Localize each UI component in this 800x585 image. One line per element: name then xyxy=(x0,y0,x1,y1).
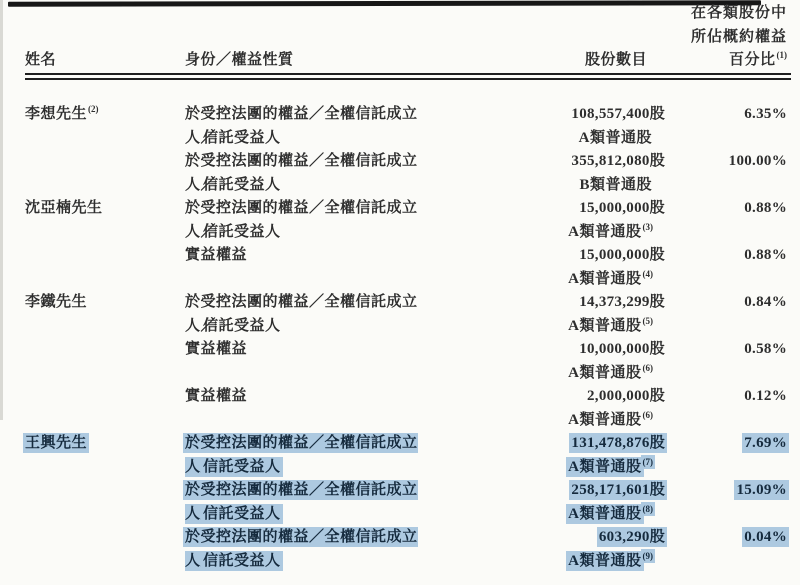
scanned-document-page: 姓名 身份／權益性質 股份數目 在各類股份中 所佔概約權益 百分比(1) 李想先… xyxy=(0,0,800,585)
shares-value: 355,812,080股 xyxy=(571,153,665,169)
percent-value: 0.04% xyxy=(744,529,787,545)
shares-cell: 603,290股 A類普通股(9) xyxy=(430,526,665,573)
header-capacity-label: 身份／權益性質 xyxy=(185,52,294,68)
percent-cell: 0.12% xyxy=(665,385,787,432)
name-cell: 李想先生(2) xyxy=(0,103,185,150)
footnote-ref: (7) xyxy=(643,457,654,467)
table-row: 李鐵先生 於受控法團的權益／全權信託成立人／ 信託受益人 14,373,299股… xyxy=(0,291,787,338)
footnote-ref: (5) xyxy=(643,316,654,326)
capacity-cell: 於受控法團的權益／全權信託成立人／ 信託受益人 xyxy=(185,197,430,244)
footnote-ref-1: (1) xyxy=(777,50,788,60)
shares-value: 15,000,000股 xyxy=(579,247,665,263)
shares-value: 14,373,299股 xyxy=(579,294,665,310)
share-class: A類普通股 xyxy=(568,318,641,334)
footnote-ref: (6) xyxy=(643,410,654,420)
share-class: A類普通股 xyxy=(568,459,641,475)
name-cell xyxy=(0,479,185,526)
shares-value: 2,000,000股 xyxy=(587,388,665,404)
percent-value: 15.09% xyxy=(736,482,787,498)
capacity-cell: 於受控法團的權益／全權信託成立人／ 信託受益人 xyxy=(185,432,430,479)
shares-cell: 15,000,000股 A類普通股(4) xyxy=(430,244,665,291)
name-cell: 李鐵先生 xyxy=(0,291,185,338)
capacity-cell: 實益權益 xyxy=(185,385,430,432)
percent-value: 7.69% xyxy=(744,435,787,451)
person-name: 李想先生 xyxy=(25,106,87,122)
footnote-ref: (9) xyxy=(643,551,654,561)
shares-cell: 2,000,000股 A類普通股(6) xyxy=(430,385,665,432)
footnote-ref: (8) xyxy=(643,504,654,514)
share-class: A類普通股 xyxy=(568,553,641,569)
header-percentage-line3: 百分比(1) xyxy=(665,49,787,73)
share-class: A類普通股 xyxy=(568,506,641,522)
percent-value: 0.88% xyxy=(744,200,787,216)
shares-value: 108,557,400股 xyxy=(571,106,665,122)
shares-cell: 131,478,876股 A類普通股(7) xyxy=(430,432,665,479)
share-class: A類普通股 xyxy=(568,365,641,381)
capacity-cell: 實益權益 xyxy=(185,338,430,385)
table-row: 實益權益 15,000,000股 A類普通股(4) 0.88% xyxy=(0,244,787,291)
footnote-ref: (2) xyxy=(88,104,99,114)
capacity-line1: 實益權益 xyxy=(185,341,247,357)
person-name: 沈亞楠先生 xyxy=(25,200,103,216)
table-row: 王興先生 於受控法團的權益／全權信託成立人／ 信託受益人 131,478,876… xyxy=(0,432,787,479)
share-class: A類普通股 xyxy=(568,224,641,240)
header-double-rule xyxy=(25,73,791,80)
capacity-line2: 信託受益人 xyxy=(203,130,281,146)
capacity-line2: 信託受益人 xyxy=(203,318,281,334)
shares-cell: 355,812,080股 B類普通股 xyxy=(430,150,665,197)
shares-value: 131,478,876股 xyxy=(571,435,665,451)
capacity-line2: 信託受益人 xyxy=(203,177,281,193)
capacity-line1: 實益權益 xyxy=(185,247,247,263)
capacity-cell: 於受控法團的權益／全權信託成立人／ 信託受益人 xyxy=(185,479,430,526)
capacity-cell: 於受控法團的權益／全權信託成立人／ 信託受益人 xyxy=(185,103,430,150)
table-row: 實益權益 10,000,000股 A類普通股(6) 0.58% xyxy=(0,338,787,385)
share-class: B類普通股 xyxy=(579,177,652,193)
percent-cell: 7.69% xyxy=(665,432,787,479)
header-name-label: 姓名 xyxy=(25,52,56,68)
percent-value: 0.88% xyxy=(744,247,787,263)
header-shares-column: 股份數目 xyxy=(430,49,665,73)
footnote-ref: (3) xyxy=(643,222,654,232)
shares-cell: 258,171,601股 A類普通股(8) xyxy=(430,479,665,526)
share-class: A類普通股 xyxy=(579,130,652,146)
percent-value: 100.00% xyxy=(729,153,787,169)
percent-value: 0.84% xyxy=(744,294,787,310)
shares-cell: 14,373,299股 A類普通股(5) xyxy=(430,291,665,338)
shares-value: 10,000,000股 xyxy=(579,341,665,357)
header-percentage-label: 百分比 xyxy=(729,52,776,68)
table-header: 姓名 身份／權益性質 股份數目 在各類股份中 所佔概約權益 百分比(1) xyxy=(0,2,787,73)
percent-cell: 100.00% xyxy=(665,150,787,197)
name-cell xyxy=(0,338,185,385)
person-name: 王興先生 xyxy=(25,435,87,451)
share-class: A類普通股 xyxy=(568,271,641,287)
capacity-line2: 信託受益人 xyxy=(203,459,281,475)
header-percentage-line1: 在各類股份中 xyxy=(665,2,787,26)
percent-cell: 0.04% xyxy=(665,526,787,573)
capacity-line2: 信託受益人 xyxy=(203,506,281,522)
name-cell: 沈亞楠先生 xyxy=(0,197,185,244)
table-row: 於受控法團的權益／全權信託成立人／ 信託受益人 355,812,080股 B類普… xyxy=(0,150,787,197)
footnote-ref: (4) xyxy=(643,269,654,279)
percent-cell: 0.84% xyxy=(665,291,787,338)
percent-cell: 0.58% xyxy=(665,338,787,385)
share-class: A類普通股 xyxy=(568,412,641,428)
capacity-cell: 實益權益 xyxy=(185,244,430,291)
capacity-line2: 信託受益人 xyxy=(203,224,281,240)
header-percentage-column: 在各類股份中 所佔概約權益 百分比(1) xyxy=(665,2,787,73)
capacity-cell: 於受控法團的權益／全權信託成立人／ 信託受益人 xyxy=(185,291,430,338)
name-cell xyxy=(0,385,185,432)
percent-value: 0.12% xyxy=(744,388,787,404)
capacity-line2: 信託受益人 xyxy=(203,553,281,569)
shares-cell: 10,000,000股 A類普通股(6) xyxy=(430,338,665,385)
header-shares-label: 股份數目 xyxy=(585,52,647,68)
table-body: 李想先生(2) 於受控法團的權益／全權信託成立人／ 信託受益人 108,557,… xyxy=(0,103,787,573)
person-name: 李鐵先生 xyxy=(25,294,87,310)
footnote-ref: (6) xyxy=(643,363,654,373)
percent-cell: 6.35% xyxy=(665,103,787,150)
name-cell xyxy=(0,526,185,573)
percent-value: 0.58% xyxy=(744,341,787,357)
shares-value: 15,000,000股 xyxy=(579,200,665,216)
header-capacity-column: 身份／權益性質 xyxy=(185,49,430,73)
name-cell xyxy=(0,244,185,291)
capacity-cell: 於受控法團的權益／全權信託成立人／ 信託受益人 xyxy=(185,526,430,573)
shares-cell: 15,000,000股 A類普通股(3) xyxy=(430,197,665,244)
capacity-cell: 於受控法團的權益／全權信託成立人／ 信託受益人 xyxy=(185,150,430,197)
capacity-line1: 實益權益 xyxy=(185,388,247,404)
name-cell xyxy=(0,150,185,197)
table-row: 李想先生(2) 於受控法團的權益／全權信託成立人／ 信託受益人 108,557,… xyxy=(0,103,787,150)
header-name-column: 姓名 xyxy=(0,49,185,73)
name-cell: 王興先生 xyxy=(0,432,185,479)
percent-cell: 15.09% xyxy=(665,479,787,526)
shares-cell: 108,557,400股 A類普通股 xyxy=(430,103,665,150)
percent-value: 6.35% xyxy=(744,106,787,122)
shares-value: 258,171,601股 xyxy=(571,482,665,498)
header-percentage-line2: 所佔概約權益 xyxy=(665,26,787,50)
table-row: 沈亞楠先生 於受控法團的權益／全權信託成立人／ 信託受益人 15,000,000… xyxy=(0,197,787,244)
percent-cell: 0.88% xyxy=(665,197,787,244)
table-row: 於受控法團的權益／全權信託成立人／ 信託受益人 258,171,601股 A類普… xyxy=(0,479,787,526)
percent-cell: 0.88% xyxy=(665,244,787,291)
table-row: 實益權益 2,000,000股 A類普通股(6) 0.12% xyxy=(0,385,787,432)
table-row: 於受控法團的權益／全權信託成立人／ 信託受益人 603,290股 A類普通股(9… xyxy=(0,526,787,573)
shares-value: 603,290股 xyxy=(599,529,665,545)
